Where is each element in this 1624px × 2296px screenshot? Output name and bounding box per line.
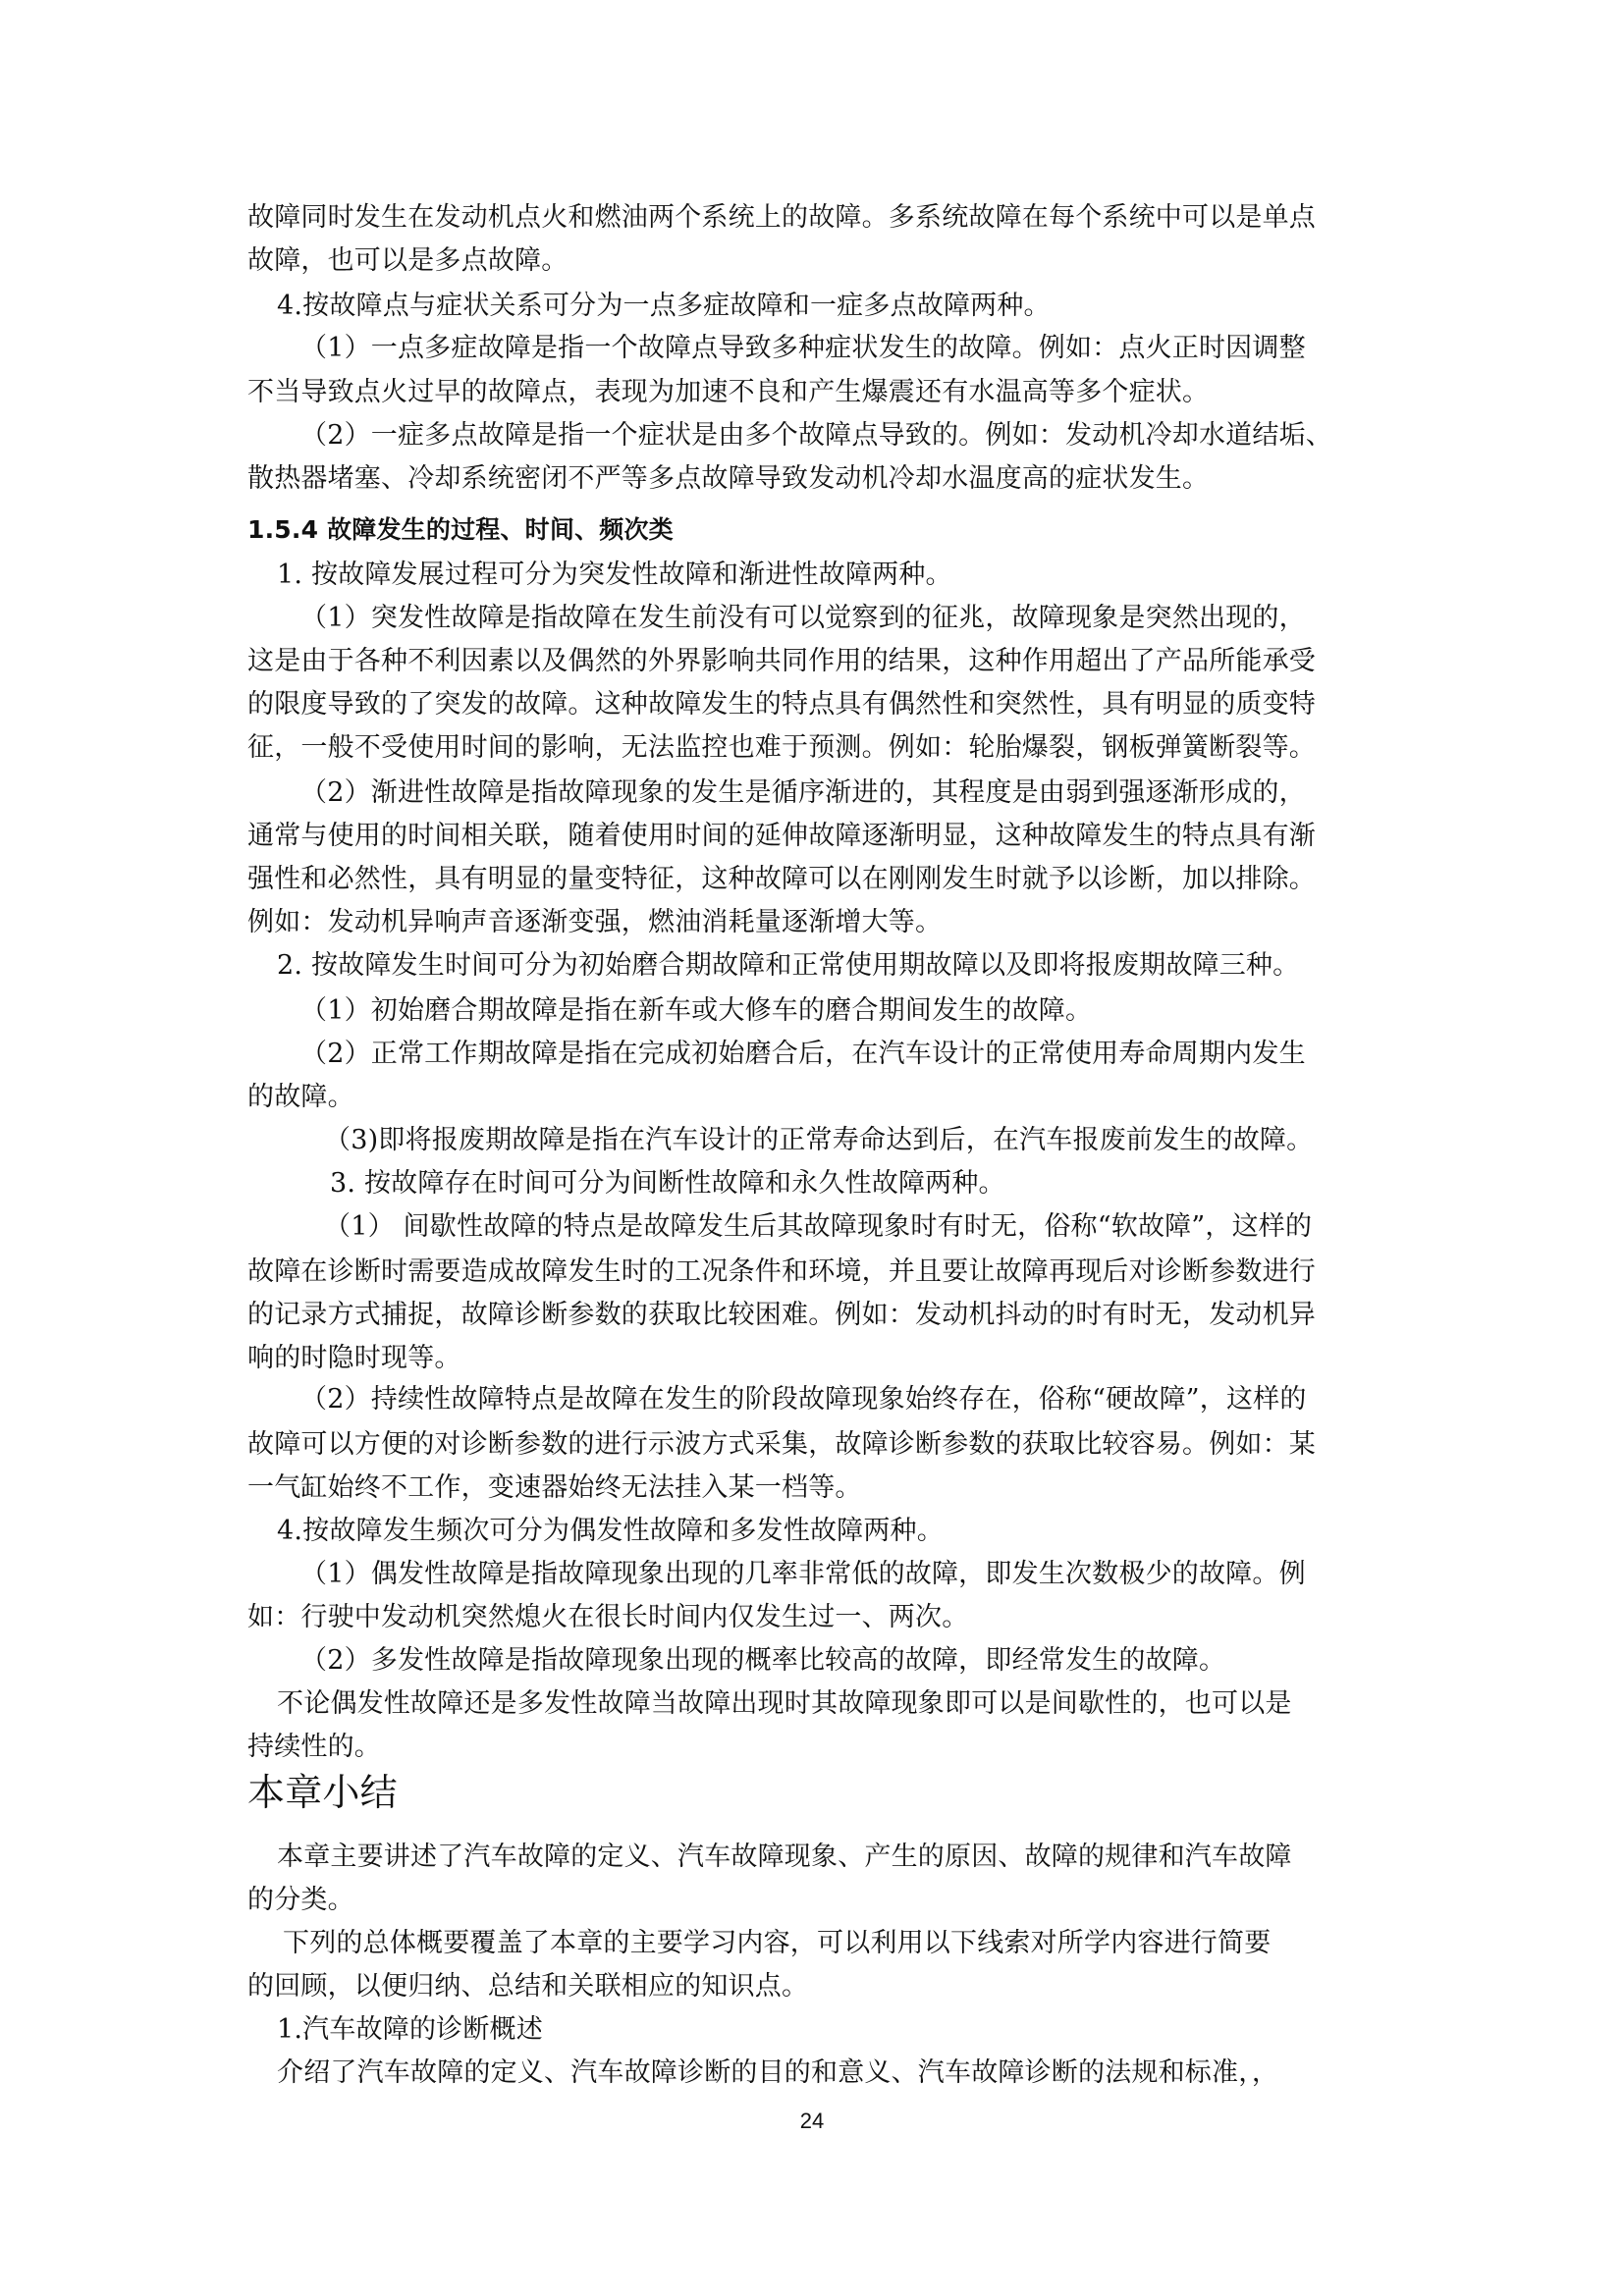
paragraph-line: 通常与使用的时间相关联，随着使用时间的延伸故障逐渐明显，这种故障发生的特点具有渐 — [247, 822, 1386, 851]
paragraph-line: 的记录方式捕捉，故障诊断参数的获取比较困难。例如：发动机抖动的时有时无，发动机异 — [247, 1301, 1386, 1330]
paragraph-line: （1）初始磨合期故障是指在新车或大修车的磨合期间发生的故障。 — [300, 996, 1439, 1026]
paragraph-line: （1）一点多症故障是指一个故障点导致多种症状发生的故障。例如：点火正时因调整 — [300, 334, 1439, 363]
paragraph-line: 如：行驶中发动机突然熄火在很长时间内仅发生过一、两次。 — [247, 1603, 1386, 1632]
paragraph-line: 介绍了汽车故障的定义、汽车故障诊断的目的和意义、汽车故障诊断的法规和标准，， — [277, 2058, 1416, 2088]
paragraph-line: 故障在诊断时需要造成故障发生时的工况条件和环境，并且要让故障再现后对诊断参数进行 — [247, 1257, 1386, 1287]
section-heading: 1.5.4 故障发生的过程、时间、频次类 — [247, 515, 1386, 545]
paragraph-line: 一气缸始终不工作，变速器始终无法挂入某一档等。 — [247, 1473, 1386, 1503]
paragraph-line: 的故障。 — [247, 1083, 1386, 1112]
list-heading: 4.按故障点与症状关系可分为一点多症故障和一症多点故障两种。 — [277, 292, 1416, 321]
paragraph-line: 强性和必然性，具有明显的量变特征，这种故障可以在刚刚发生时就予以诊断，加以排除。 — [247, 865, 1386, 894]
list-heading: 4.按故障发生频次可分为偶发性故障和多发性故障两种。 — [277, 1517, 1416, 1546]
list-heading: 1. 按故障发展过程可分为突发性故障和渐进性故障两种。 — [277, 561, 1416, 590]
paragraph-line: （2）持续性故障特点是故障在发生的阶段故障现象始终存在，俗称“硬故障”，这样的 — [300, 1385, 1439, 1415]
paragraph-line: 征，一般不受使用时间的影响，无法监控也难于预测。例如：轮胎爆裂，钢板弹簧断裂等。 — [247, 733, 1386, 763]
paragraph-line: （1）突发性故障是指故障在发生前没有可以觉察到的征兆，故障现象是突然出现的， — [300, 604, 1439, 633]
page-number: 24 — [0, 2109, 1624, 2134]
paragraph-line: 不当导致点火过早的故障点，表现为加速不良和产生爆震还有水温高等多个症状。 — [247, 378, 1386, 407]
paragraph-line: 响的时隐时现等。 — [247, 1344, 1386, 1373]
list-heading: 1.汽车故障的诊断概述 — [277, 2015, 1416, 2045]
paragraph-line: 的限度导致的了突发的故障。这种故障发生的特点具有偶然性和突然性，具有明显的质变特 — [247, 690, 1386, 720]
chapter-summary-heading: 本章小结 — [247, 1772, 1386, 1813]
list-heading: 2. 按故障发生时间可分为初始磨合期故障和正常使用期故障以及即将报废期故障三种。 — [277, 951, 1416, 981]
paragraph-line: （2）正常工作期故障是指在完成初始磨合后，在汽车设计的正常使用寿命周期内发生 — [300, 1040, 1439, 1069]
paragraph-line: 故障，也可以是多点故障。 — [247, 246, 1386, 276]
paragraph-line: 的分类。 — [247, 1886, 1386, 1915]
paragraph-line: 例如：发动机异响声音逐渐变强，燃油消耗量逐渐增大等。 — [247, 908, 1386, 937]
paragraph-line: 下列的总体概要覆盖了本章的主要学习内容，可以利用以下线索对所学内容进行简要 — [283, 1929, 1422, 1958]
paragraph-line: （2）一症多点故障是指一个症状是由多个故障点导致的。例如：发动机冷却水道结垢、 — [300, 421, 1439, 451]
paragraph-line: （2）渐进性故障是指故障现象的发生是循序渐进的，其程度是由弱到强逐渐形成的， — [300, 778, 1439, 808]
paragraph-line: 这是由于各种不利因素以及偶然的外界影响共同作用的结果，这种作用超出了产品所能承受 — [247, 647, 1386, 676]
paragraph-line: 的回顾，以便归纳、总结和关联相应的知识点。 — [247, 1972, 1386, 2002]
paragraph-line: 本章主要讲述了汽车故障的定义、汽车故障现象、产生的原因、故障的规律和汽车故障 — [277, 1842, 1416, 1872]
paragraph-line: （3)即将报废期故障是指在汽车设计的正常寿命达到后，在汽车报废前发生的故障。 — [324, 1126, 1463, 1155]
paragraph-line: 不论偶发性故障还是多发性故障当故障出现时其故障现象即可以是间歇性的，也可以是 — [277, 1689, 1416, 1719]
paragraph-line: 故障可以方便的对诊断参数的进行示波方式采集，故障诊断参数的获取比较容易。例如：某 — [247, 1430, 1386, 1460]
paragraph-line: （1）偶发性故障是指故障现象出现的几率非常低的故障，即发生次数极少的故障。例 — [300, 1560, 1439, 1589]
paragraph-line: （1） 间歇性故障的特点是故障发生后其故障现象时有时无，俗称“软故障”，这样的 — [324, 1212, 1463, 1242]
paragraph-line: （2）多发性故障是指故障现象出现的概率比较高的故障，即经常发生的故障。 — [300, 1646, 1439, 1676]
paragraph-line: 持续性的。 — [247, 1733, 1386, 1762]
list-heading: 3. 按故障存在时间可分为间断性故障和永久性故障两种。 — [330, 1169, 1469, 1199]
paragraph-line: 故障同时发生在发动机点火和燃油两个系统上的故障。多系统故障在每个系统中可以是单点 — [247, 203, 1386, 233]
paragraph-line: 散热器堵塞、冷却系统密闭不严等多点故障导致发动机冷却水温度高的症状发生。 — [247, 464, 1386, 494]
